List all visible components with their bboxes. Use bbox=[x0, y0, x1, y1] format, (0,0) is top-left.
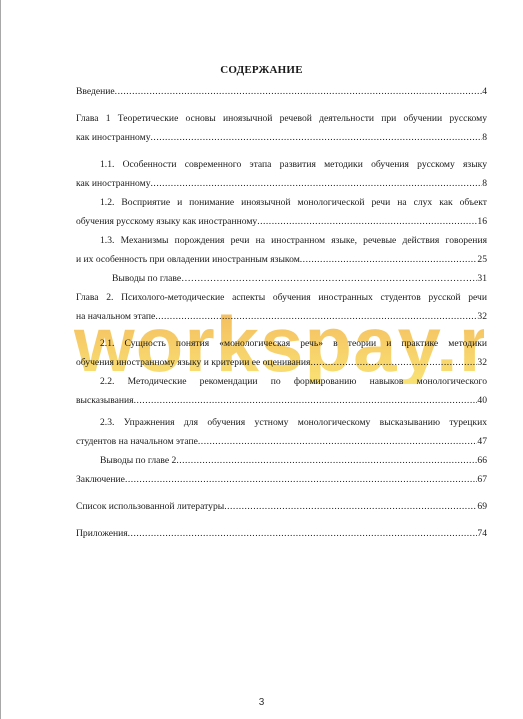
toc-entry-title: студентов на начальном этапе bbox=[76, 432, 198, 451]
dot-leader bbox=[181, 269, 477, 288]
toc-entry-references[interactable]: Список использованной литературы 69 bbox=[76, 497, 487, 516]
toc-entry-conclusion[interactable]: Заключение 67 bbox=[76, 470, 487, 489]
toc-entry-title-line: 2.2. Методические рекомендации по формир… bbox=[76, 372, 487, 391]
toc-entry-chapter-1[interactable]: Глава 1 Теоретические основы иноязычной … bbox=[76, 109, 487, 147]
toc-entry-section-2-1[interactable]: 2.1. Сущность понятия «монологическая ре… bbox=[76, 334, 487, 372]
toc-entry-chapter-2-conclusions[interactable]: Выводы по главе 2 66 bbox=[76, 451, 487, 470]
dot-leader bbox=[198, 432, 478, 451]
dot-leader bbox=[224, 497, 477, 516]
toc-entry-section-2-2[interactable]: 2.2. Методические рекомендации по формир… bbox=[76, 372, 487, 410]
page-title: СОДЕРЖАНИЕ bbox=[0, 64, 523, 76]
toc-entry-title: Приложения bbox=[76, 524, 128, 543]
dot-leader bbox=[128, 524, 478, 543]
toc-entry-chapter-2[interactable]: Глава 2. Психолого-методические аспекты … bbox=[76, 288, 487, 326]
toc-entry-title: высказывания bbox=[76, 391, 134, 410]
toc-entry-title-line: Глава 2. Психолого-методические аспекты … bbox=[76, 288, 487, 307]
toc-page-number: 32 bbox=[477, 307, 487, 326]
toc-entry-title: как иностранному bbox=[76, 174, 151, 193]
toc-page-number: 8 bbox=[482, 128, 487, 147]
toc-entry-title-line: 1.3. Механизмы порождения речи на иностр… bbox=[76, 231, 487, 250]
toc-entry-title-line: 2.3. Упражнения для обучения устному мон… bbox=[76, 413, 487, 432]
dot-leader bbox=[115, 82, 483, 101]
toc-entry-title: и их особенность при овладении иностранн… bbox=[76, 250, 300, 269]
toc-entry-title: как иностранному bbox=[76, 128, 151, 147]
toc-page-number: 67 bbox=[477, 470, 487, 489]
toc-entry-title: обучения иностранному языку и критерии е… bbox=[76, 353, 310, 372]
dot-leader bbox=[300, 250, 478, 269]
toc-entry-title-line: Глава 1 Теоретические основы иноязычной … bbox=[76, 109, 487, 128]
toc-page-number: 16 bbox=[477, 212, 487, 231]
toc-entry-title-line: 2.1. Сущность понятия «монологическая ре… bbox=[76, 334, 487, 353]
toc-page-number: 8 bbox=[482, 174, 487, 193]
dot-leader bbox=[257, 212, 477, 231]
toc-page-number: 31 bbox=[477, 269, 487, 288]
toc-entry-title: Список использованной литературы bbox=[76, 497, 224, 516]
toc-entry-title-line: 1.2. Восприятие и понимание иноязычной м… bbox=[76, 193, 487, 212]
toc-entry-title: Выводы по главе 2 bbox=[100, 451, 176, 470]
toc-entry-section-1-3[interactable]: 1.3. Механизмы порождения речи на иностр… bbox=[76, 231, 487, 269]
toc-entry-section-1-1[interactable]: 1.1. Особенности современного этапа разв… bbox=[76, 155, 487, 193]
table-of-contents: Введение 4 Глава 1 Теоретические основы … bbox=[76, 82, 487, 543]
toc-entry-appendices[interactable]: Приложения 74 bbox=[76, 524, 487, 543]
toc-entry-chapter-1-conclusions[interactable]: Выводы по главе 31 bbox=[76, 269, 487, 288]
toc-entry-title: Введение bbox=[76, 82, 115, 101]
page-number: 3 bbox=[0, 697, 523, 708]
dot-leader bbox=[134, 391, 478, 410]
toc-entry-section-2-3[interactable]: 2.3. Упражнения для обучения устному мон… bbox=[76, 413, 487, 451]
toc-page-number: 47 bbox=[477, 432, 487, 451]
toc-page-number: 40 bbox=[477, 391, 487, 410]
dot-leader bbox=[310, 353, 477, 372]
dot-leader bbox=[125, 470, 477, 489]
toc-entry-title: на начальном этапе bbox=[76, 307, 155, 326]
toc-entry-section-1-2[interactable]: 1.2. Восприятие и понимание иноязычной м… bbox=[76, 193, 487, 231]
toc-entry-title: Заключение bbox=[76, 470, 125, 489]
dot-leader bbox=[151, 128, 483, 147]
document-page: СОДЕРЖАНИЕ workspay.ru Введение 4 Глава … bbox=[0, 0, 523, 719]
toc-page-number: 25 bbox=[477, 250, 487, 269]
toc-page-number: 74 bbox=[477, 524, 487, 543]
dot-leader bbox=[176, 451, 477, 470]
dot-leader bbox=[155, 307, 477, 326]
toc-page-number: 66 bbox=[477, 451, 487, 470]
toc-entry-introduction[interactable]: Введение 4 bbox=[76, 82, 487, 101]
toc-page-number: 4 bbox=[482, 82, 487, 101]
toc-entry-title: Выводы по главе bbox=[112, 269, 181, 288]
toc-entry-title: обучения русскому языку как иностранному bbox=[76, 212, 257, 231]
dot-leader bbox=[151, 174, 483, 193]
toc-page-number: 69 bbox=[477, 497, 487, 516]
toc-entry-title-line: 1.1. Особенности современного этапа разв… bbox=[76, 155, 487, 174]
toc-page-number: 32 bbox=[477, 353, 487, 372]
